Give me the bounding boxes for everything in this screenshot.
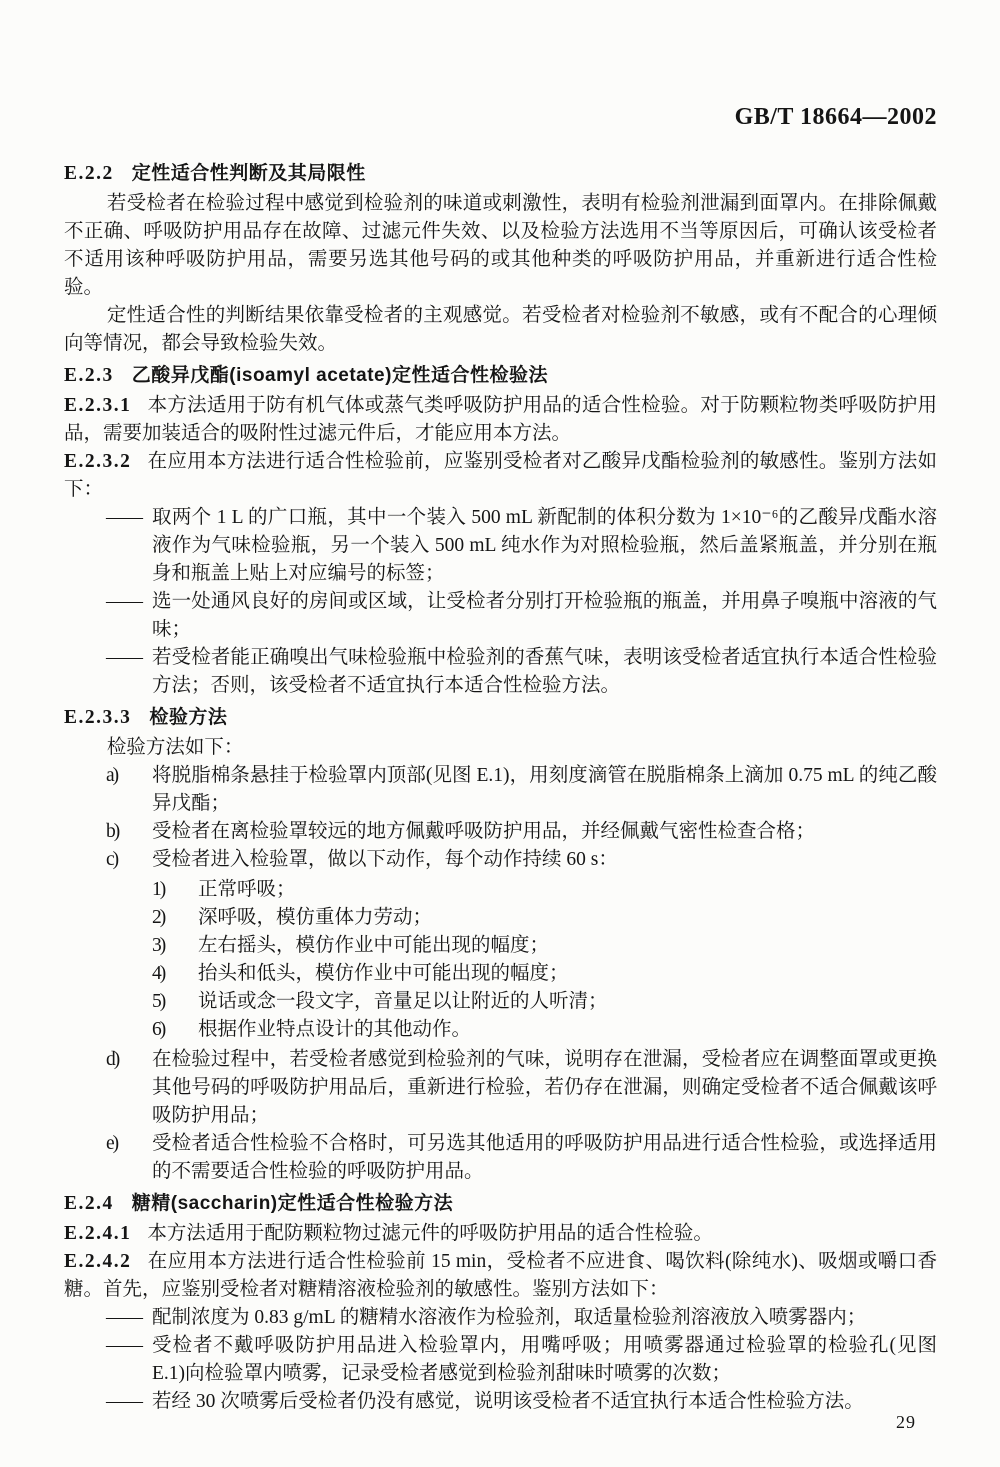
list-item-text: 受检者适合性检验不合格时，可另选其他适用的呼吸防护用品进行适合性检验，或选择适用… [152,1130,937,1186]
clause-e241: E.2.4.1本方法适用于配防颗粒物过滤元件的呼吸防护用品的适合性检验。 [64,1220,937,1248]
item-label: b) [106,818,152,846]
item-label: a) [106,762,152,818]
list-item: —— 选一处通风良好的房间或区域，让受检者分别打开检验瓶的瓶盖，并用鼻子嗅瓶中溶… [64,588,937,644]
list-item-d: d) 在检验过程中，若受检者感觉到检验剂的气味，说明存在泄漏，受检者应在调整面罩… [64,1046,937,1130]
clause-text: 在应用本方法进行适合性检验前 15 min，受检者不应进食、喝饮料(除纯水)、吸… [64,1251,937,1300]
sub-item-1: 1) 正常呼吸； [64,876,937,904]
dash-marker: —— [106,1304,152,1332]
dash-marker: —— [106,1332,152,1388]
list-item-text: 若经 30 次喷雾后受检者仍没有感觉，说明该受检者不适宜执行本适合性检验方法。 [152,1388,937,1416]
list-item-c: c) 受检者进入检验罩，做以下动作，每个动作持续 60 s： [64,846,937,874]
section-number: E.2.3 [64,365,114,386]
clause-number: E.2.3.2 [64,451,131,472]
sub-item-4: 4) 抬头和低头，模仿作业中可能出现的幅度； [64,960,937,988]
section-title: 定性适合性判断及其局限性 [132,163,366,184]
list-item-text: 配制浓度为 0.83 g/mL 的糖精水溶液作为检验剂，取适量检验剂溶液放入喷雾… [152,1304,937,1332]
section-number: E.2.4 [64,1193,114,1214]
list-item: —— 受检者不戴呼吸防护用品进入检验罩内，用嘴呼吸；用喷雾器通过检验罩的检验孔(… [64,1332,937,1388]
list-item-a: a) 将脱脂棉条悬挂于检验罩内顶部(见图 E.1)，用刻度滴管在脱脂棉条上滴加 … [64,762,937,818]
sub-item-2: 2) 深呼吸，模仿重体力劳动； [64,904,937,932]
item-label: 4) [152,960,198,988]
list-item-text: 左右摇头，模仿作业中可能出现的幅度； [198,932,937,960]
page-number: 29 [896,1412,916,1433]
list-item-text: 抬头和低头，模仿作业中可能出现的幅度； [198,960,937,988]
sub-item-3: 3) 左右摇头，模仿作业中可能出现的幅度； [64,932,937,960]
paragraph: 若受检者在检验过程中感觉到检验剂的味道或刺激性，表明有检验剂泄漏到面罩内。在排除… [64,190,937,302]
clause-number: E.2.3.1 [64,395,131,416]
item-label: 6) [152,1016,198,1044]
section-number: E.2.2 [64,163,114,184]
list-item-text: 将脱脂棉条悬挂于检验罩内顶部(见图 E.1)，用刻度滴管在脱脂棉条上滴加 0.7… [152,762,937,818]
dash-list-saccharin: —— 配制浓度为 0.83 g/mL 的糖精水溶液作为检验剂，取适量检验剂溶液放… [64,1304,937,1416]
list-item-text: 取两个 1 L 的广口瓶，其中一个装入 500 mL 新配制的体积分数为 1×1… [152,504,937,588]
action-sublist: 1) 正常呼吸； 2) 深呼吸，模仿重体力劳动； 3) 左右摇头，模仿作业中可能… [64,876,937,1044]
clause-e242: E.2.4.2在应用本方法进行适合性检验前 15 min，受检者不应进食、喝饮料… [64,1248,937,1304]
section-heading-e23: E.2.3乙酸异戊酯(isoamyl acetate)定性适合性检验法 [64,362,937,390]
list-item-text: 深呼吸，模仿重体力劳动； [198,904,937,932]
section-heading-e22: E.2.2定性适合性判断及其局限性 [64,160,937,188]
intro-line: 检验方法如下： [64,734,937,762]
sub-item-5: 5) 说话或念一段文字，音量足以让附近的人听清； [64,988,937,1016]
item-label: d) [106,1046,152,1130]
clause-text: 本方法适用于配防颗粒物过滤元件的呼吸防护用品的适合性检验。 [147,1223,713,1244]
item-label: e) [106,1130,152,1186]
section-number: E.2.3.3 [64,707,131,728]
list-item-text: 受检者不戴呼吸防护用品进入检验罩内，用嘴呼吸；用喷雾器通过检验罩的检验孔(见图 … [152,1332,937,1388]
paragraph: 定性适合性的判断结果依靠受检者的主观感觉。若受检者对检验剂不敏感，或有不配合的心… [64,302,937,358]
list-item-text: 若受检者能正确嗅出气味检验瓶中检验剂的香蕉气味，表明该受检者适宜执行本适合性检验… [152,644,937,700]
list-item-text: 选一处通风良好的房间或区域，让受检者分别打开检验瓶的瓶盖，并用鼻子嗅瓶中溶液的气… [152,588,937,644]
list-item-text: 说话或念一段文字，音量足以让附近的人听清； [198,988,937,1016]
item-label: 5) [152,988,198,1016]
item-label: 1) [152,876,198,904]
item-label: c) [106,846,152,874]
section-title: 糖精(saccharin)定性适合性检验方法 [132,1193,453,1214]
list-item-text: 根据作业特点设计的其他动作。 [198,1016,937,1044]
lettered-list: a) 将脱脂棉条悬挂于检验罩内顶部(见图 E.1)，用刻度滴管在脱脂棉条上滴加 … [64,762,937,874]
list-item-e: e) 受检者适合性检验不合格时，可另选其他适用的呼吸防护用品进行适合性检验，或选… [64,1130,937,1186]
lettered-list-de: d) 在检验过程中，若受检者感觉到检验剂的气味，说明存在泄漏，受检者应在调整面罩… [64,1046,937,1186]
clause-e232: E.2.3.2在应用本方法进行适合性检验前，应鉴别受检者对乙酸异戊酯检验剂的敏感… [64,448,937,504]
clause-text: 在应用本方法进行适合性检验前，应鉴别受检者对乙酸异戊酯检验剂的敏感性。鉴别方法如… [64,451,937,500]
item-label: 3) [152,932,198,960]
list-item-text: 受检者进入检验罩，做以下动作，每个动作持续 60 s： [152,846,937,874]
standard-number: GB/T 18664—2002 [735,104,937,131]
list-item-b: b) 受检者在离检验罩较远的地方佩戴呼吸防护用品，并经佩戴气密性检查合格； [64,818,937,846]
sub-item-6: 6) 根据作业特点设计的其他动作。 [64,1016,937,1044]
clause-text: 本方法适用于防有机气体或蒸气类呼吸防护用品的适合性检验。对于防颗粒物类呼吸防护用… [64,395,937,444]
section-title: 检验方法 [149,707,227,728]
section-title: 乙酸异戊酯(isoamyl acetate)定性适合性检验法 [132,365,548,386]
list-item-text: 受检者在离检验罩较远的地方佩戴呼吸防护用品，并经佩戴气密性检查合格； [152,818,937,846]
dash-list: —— 取两个 1 L 的广口瓶，其中一个装入 500 mL 新配制的体积分数为 … [64,504,937,700]
document-content: E.2.2定性适合性判断及其局限性 若受检者在检验过程中感觉到检验剂的味道或刺激… [64,156,937,1418]
list-item: —— 若经 30 次喷雾后受检者仍没有感觉，说明该受检者不适宜执行本适合性检验方… [64,1388,937,1416]
dash-marker: —— [106,504,152,588]
clause-number: E.2.4.2 [64,1251,131,1272]
list-item: —— 取两个 1 L 的广口瓶，其中一个装入 500 mL 新配制的体积分数为 … [64,504,937,588]
dash-marker: —— [106,644,152,700]
document-page: GB/T 18664—2002 E.2.2定性适合性判断及其局限性 若受检者在检… [0,0,1000,1467]
clause-number: E.2.4.1 [64,1223,131,1244]
clause-e231: E.2.3.1本方法适用于防有机气体或蒸气类呼吸防护用品的适合性检验。对于防颗粒… [64,392,937,448]
list-item: —— 若受检者能正确嗅出气味检验瓶中检验剂的香蕉气味，表明该受检者适宜执行本适合… [64,644,937,700]
section-heading-e233: E.2.3.3检验方法 [64,704,937,732]
list-item: —— 配制浓度为 0.83 g/mL 的糖精水溶液作为检验剂，取适量检验剂溶液放… [64,1304,937,1332]
item-label: 2) [152,904,198,932]
list-item-text: 正常呼吸； [198,876,937,904]
dash-marker: —— [106,1388,152,1416]
dash-marker: —— [106,588,152,644]
section-heading-e24: E.2.4糖精(saccharin)定性适合性检验方法 [64,1190,937,1218]
list-item-text: 在检验过程中，若受检者感觉到检验剂的气味，说明存在泄漏，受检者应在调整面罩或更换… [152,1046,937,1130]
